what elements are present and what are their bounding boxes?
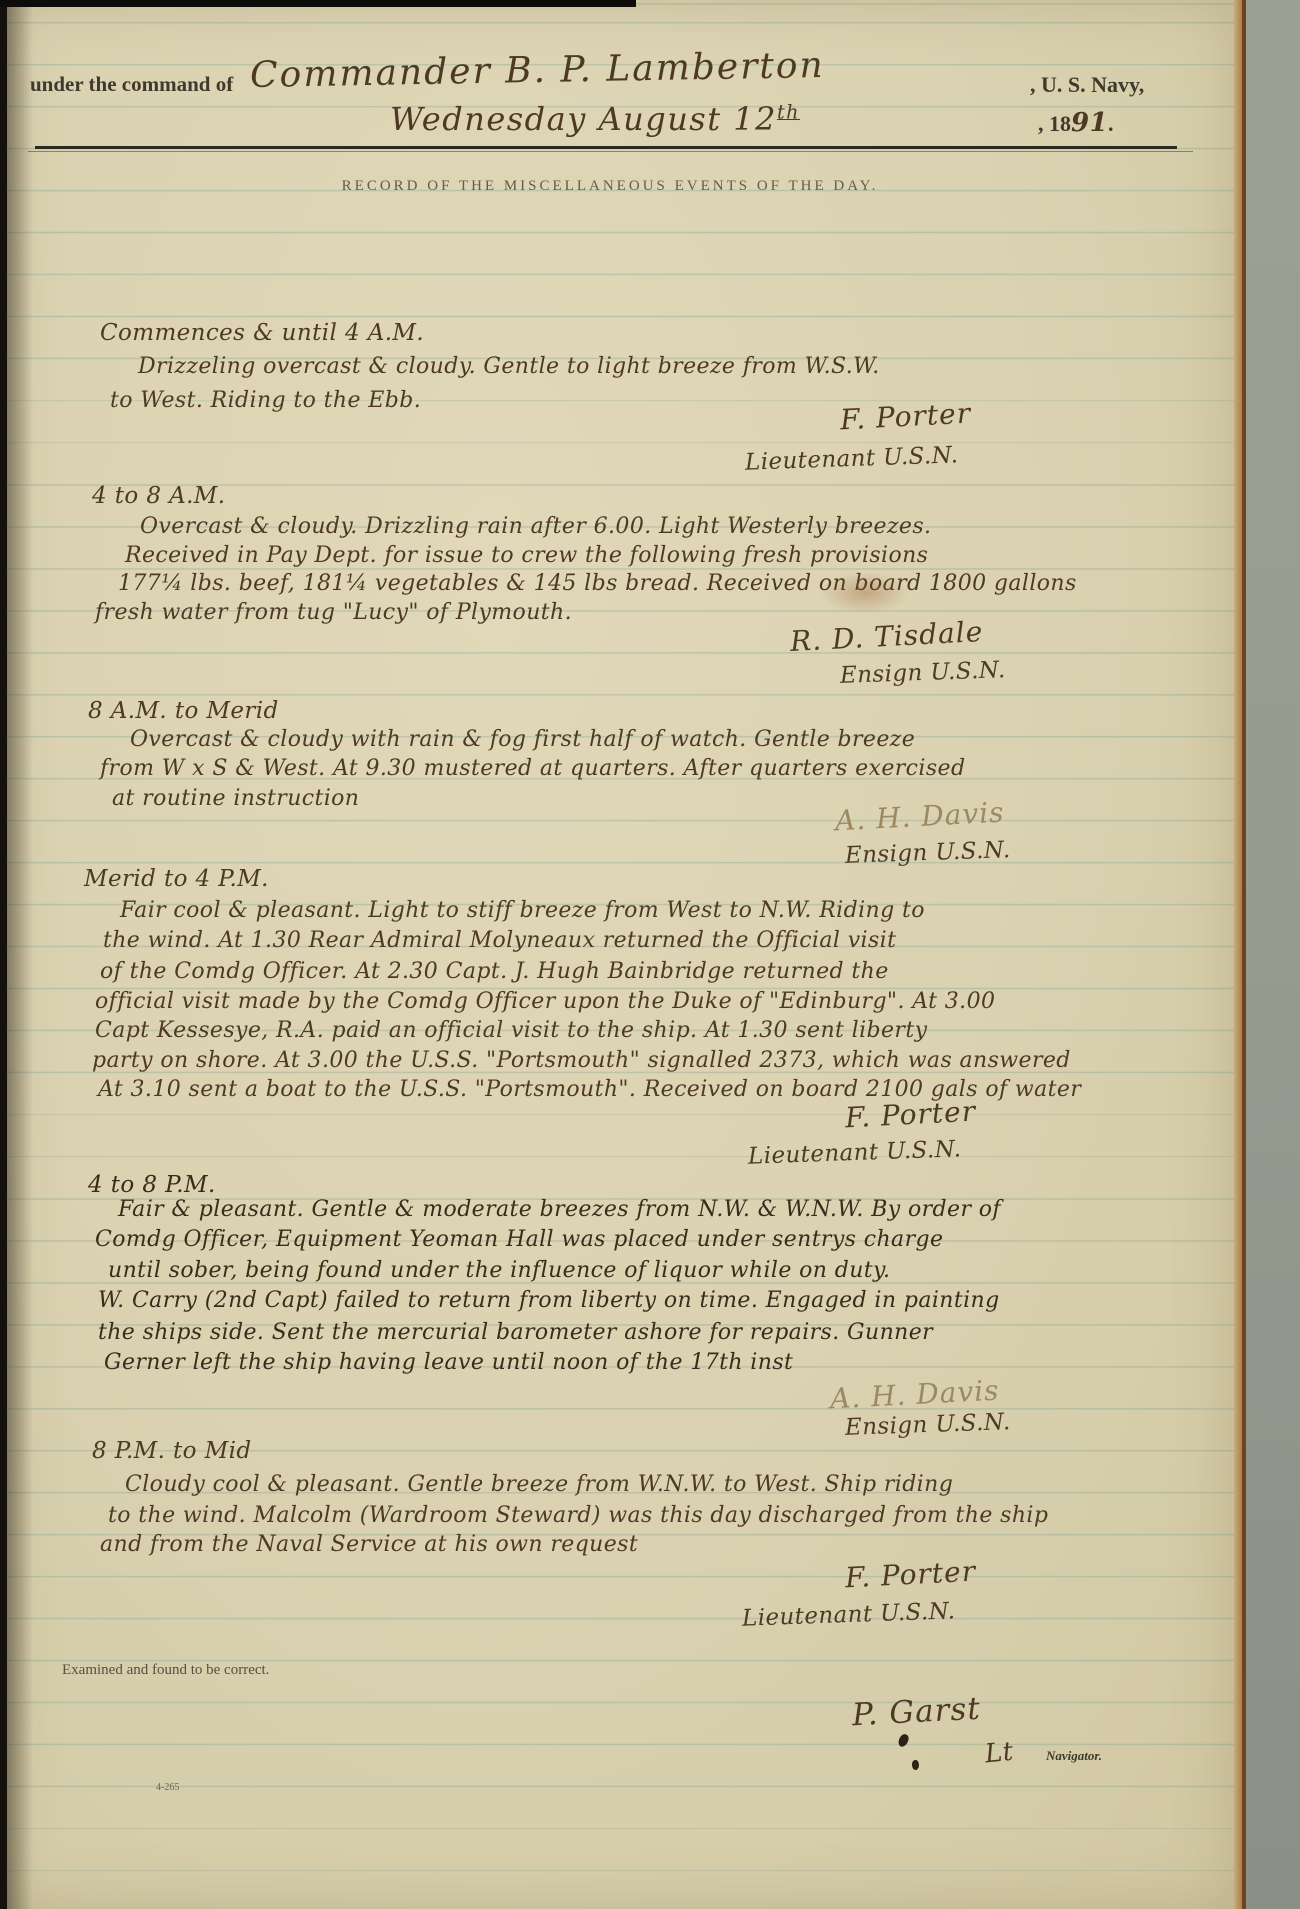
log-line: official visit made by the Comdg Officer… [95,989,995,1014]
log-line: 177¼ lbs. beef, 181¼ vegetables & 145 lb… [118,571,1077,596]
log-line: of the Comdg Officer. At 2.30 Capt. J. H… [100,959,889,984]
log-line: Gerner left the ship having leave until … [104,1350,793,1375]
log-line: until sober, being found under the influ… [108,1258,890,1283]
header-rule [35,146,1177,149]
scan-background: under the command of Commander B. P. Lam… [0,0,1300,1909]
log-line: to West. Riding to the Ebb. [110,388,421,413]
log-line: Overcast & cloudy with rain & fog first … [130,727,915,752]
binding-shadow [7,0,33,1909]
date-handwritten: Wednesday August 12th [390,100,800,138]
log-line: Comdg Officer, Equipment Yeoman Hall was… [95,1227,943,1252]
date-main: Wednesday August 12 [390,100,777,138]
year-period: . [1108,111,1114,136]
examined-label: Examined and found to be correct. [62,1662,269,1679]
navy-label: , U. S. Navy, [1030,72,1144,98]
log-line: Received in Pay Dept. for issue to crew … [125,543,928,568]
signature-rank: Ensign U.S.N. [845,837,1011,869]
log-line: Overcast & cloudy. Drizzling rain after … [140,514,931,539]
watch-heading: Commences & until 4 A.M. [100,320,424,346]
signature-name: F. Porter [844,1095,977,1135]
signature-rank: Ensign U.S.N. [840,657,1006,689]
signature-name: F. Porter [839,397,972,437]
navigator-signature: P. Garst [851,1691,981,1734]
form-number: 4-265 [156,1782,179,1793]
signature-rank: Lieutenant U.S.N. [742,1598,956,1631]
log-line: Capt Kessesye, R.A. paid an official vis… [95,1018,927,1043]
watch-heading: 8 P.M. to Mid [92,1438,251,1464]
signature-rank: Ensign U.S.N. [845,1409,1011,1441]
binding-edge [0,0,7,1909]
date-suffix: th [777,100,800,123]
log-line: W. Carry (2nd Capt) failed to return fro… [98,1288,1000,1313]
log-line: Cloudy cool & pleasant. Gentle breeze fr… [125,1472,953,1497]
page-edge [1234,0,1242,1909]
signature-name: A. H. Davis [829,1374,1000,1416]
scan-edge-top [0,0,636,7]
header-rule-thin [28,151,1193,152]
log-line: to the wind. Malcolm (Wardroom Steward) … [108,1503,1048,1528]
year-handwritten: 91 [1071,108,1108,138]
signature-name: F. Porter [844,1555,977,1595]
log-line: Drizzeling overcast & cloudy. Gentle to … [138,354,880,379]
log-line: Fair cool & pleasant. Light to stiff bre… [120,898,925,923]
log-line: from W x S & West. At 9.30 mustered at q… [100,756,965,781]
signature-rank: Lieutenant U.S.N. [745,442,959,475]
navigator-signature-suffix: Lt [984,1737,1015,1770]
ink-blot [911,1759,920,1770]
section-title: RECORD OF THE MISCELLANEOUS EVENTS OF TH… [35,178,1185,195]
log-line: at routine instruction [112,786,359,811]
signature-rank: Lieutenant U.S.N. [748,1136,962,1169]
watch-heading: Merid to 4 P.M. [84,866,269,892]
signature-name: A. H. Davis [834,796,1005,838]
log-line: Fair & pleasant. Gentle & moderate breez… [118,1197,1001,1222]
log-line: and from the Naval Service at his own re… [100,1532,638,1557]
signature-name: R. D. Tisdale [789,615,984,658]
log-line: the wind. At 1.30 Rear Admiral Molyneaux… [103,928,896,953]
ink-blot [897,1733,910,1748]
commander-name-handwritten: Commander B. P. Lamberton [250,45,825,96]
year-line: , 1891. [1038,108,1113,138]
watch-heading: 8 A.M. to Merid [88,698,279,724]
log-line: fresh water from tug "Lucy" of Plymouth. [95,600,572,625]
page-edge-shadow [1242,0,1246,1909]
navigator-label: Navigator. [1046,1748,1102,1764]
command-prefix-label: under the command of [30,72,233,97]
watch-heading: 4 to 8 A.M. [92,483,225,509]
year-prefix-printed: , 18 [1038,111,1071,136]
logbook-page: under the command of Commander B. P. Lam… [0,0,1234,1909]
log-line: the ships side. Sent the mercurial barom… [98,1320,933,1345]
log-line: party on shore. At 3.00 the U.S.S. "Port… [92,1048,1071,1073]
watch-heading: 4 to 8 P.M. [88,1172,216,1198]
